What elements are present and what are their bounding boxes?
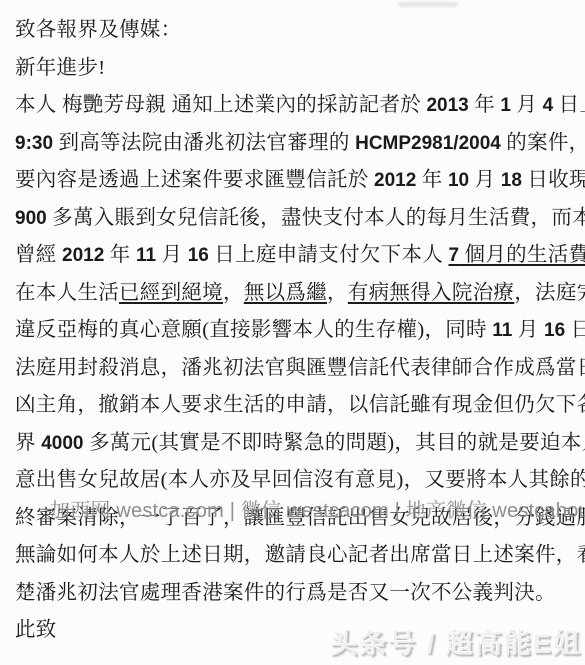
text-segment: 要內容是透過上述案件要求匯豐信託於 xyxy=(15,169,374,191)
text-line: 楚潘兆初法官處理香港案件的行爲是否又一次不公義判決。 xyxy=(15,575,579,613)
text-line: 違反亞梅的真心意願(直接影響本人的生存權)，同時 11 月 16 日當日 xyxy=(15,312,579,350)
text-segment: 新年進步! xyxy=(15,57,105,79)
toutiao-account-watermark: 头条号 / 超高能E姐 xyxy=(330,622,582,661)
text-segment: 10 xyxy=(448,170,469,191)
site-watermark-banner: 加西网 westca.com | 微信 westcacom | 地产微信 wes… xyxy=(50,494,585,523)
text-segment: 年 xyxy=(469,94,501,116)
text-segment: ， xyxy=(327,282,348,304)
text-segment: 致各報界及傳媒： xyxy=(15,19,181,41)
text-segment: 意出售女兒故居(本人亦及早回信沒有意見)，又要將本人其餘的上訴 xyxy=(15,469,585,491)
text-segment: 1 xyxy=(500,95,511,116)
text-segment: 4000 xyxy=(41,433,83,454)
text-line: 9:30 到高等法院由潘兆初法官審理的 HCMP2981/2004 的案件，其主 xyxy=(15,125,579,163)
text-segment: 日收現金 xyxy=(522,169,585,191)
text-segment: ，法庭完全 xyxy=(514,282,585,304)
text-segment: 日當日 xyxy=(565,319,585,341)
text-segment: 日上庭申請支付欠下本人 xyxy=(209,244,449,266)
text-segment: 7 xyxy=(449,245,460,266)
text-segment: 月 xyxy=(512,319,544,341)
text-segment: 11 xyxy=(136,245,156,266)
text-segment: 日上午 xyxy=(553,94,585,116)
text-segment: 16 xyxy=(188,245,209,266)
text-segment: 2013 xyxy=(426,95,468,116)
text-segment: 4 xyxy=(543,95,554,116)
text-segment: 到高等法院由潘兆初法官審理的 xyxy=(53,132,355,154)
text-segment: 年 xyxy=(104,244,136,266)
text-segment: 9:30 xyxy=(15,133,53,154)
text-line: 無論如何本人於上述日期，邀請良心記者出席當日上述案件，看清 xyxy=(15,537,579,575)
text-segment: 多萬入賬到女兒信託後，盡快支付本人的每月生活費，而本人 xyxy=(47,207,585,229)
text-segment: 此致 xyxy=(15,619,57,641)
text-segment: 年 xyxy=(416,169,448,191)
text-segment: ， xyxy=(223,282,244,304)
text-segment: 法庭用封殺消息，潘兆初法官與匯豐信託代表律師合作成爲當日幫 xyxy=(15,357,585,379)
text-segment: 2012 xyxy=(62,245,104,266)
text-line: 在本人生活已經到絕境，無以爲繼，有病無得入院治療，法庭完全 xyxy=(15,275,579,313)
text-segment: 18 xyxy=(501,170,522,191)
text-segment: 無論如何本人於上述日期，邀請良心記者出席當日上述案件，看清 xyxy=(15,544,585,566)
text-segment: 的案件，其主 xyxy=(501,132,585,154)
text-segment: HCMP2981/2004 xyxy=(355,133,501,154)
text-segment: 2012 xyxy=(374,170,416,191)
text-segment: 在本人生活 xyxy=(15,282,119,304)
text-segment: 界 xyxy=(15,432,41,454)
text-line: 本人 梅艷芳母親 通知上述業內的採訪記者於 2013 年 1 月 4 日上午 xyxy=(15,87,579,125)
letter-document: 致各報界及傳媒：新年進步!本人 梅艷芳母親 通知上述業內的採訪記者於 2013 … xyxy=(15,12,579,650)
text-segment: 月 xyxy=(469,169,501,191)
text-line: 900 多萬入賬到女兒信託後，盡快支付本人的每月生活費，而本人 xyxy=(15,200,579,238)
text-segment: 月 xyxy=(156,244,188,266)
text-segment: 本人 梅艷芳母親 通知上述業內的採訪記者於 xyxy=(15,94,426,116)
text-segment: 有病無得入院治療 xyxy=(348,282,514,304)
text-line: 要內容是透過上述案件要求匯豐信託於 2012 年 10 月 18 日收現金 xyxy=(15,162,579,200)
text-segment: 曾經 xyxy=(15,244,62,266)
scan-artifact-smudge xyxy=(398,2,458,7)
text-segment: 個月的生活費 xyxy=(459,244,585,266)
text-line: 界 4000 多萬元(其實是不即時緊急的問題)，其目的就是要迫本人同 xyxy=(15,425,579,463)
text-segment: 凶主角，撤銷本人要求生活的申請，以信託雖有現金但仍欠下各業 xyxy=(15,394,585,416)
text-segment: 11 xyxy=(492,320,512,341)
text-segment: 違反亞梅的真心意願(直接影響本人的生存權)，同時 xyxy=(15,319,492,341)
text-line: 凶主角，撤銷本人要求生活的申請，以信託雖有現金但仍欠下各業 xyxy=(15,387,579,425)
text-segment: 多萬元(其實是不即時緊急的問題)，其目的就是要迫本人同 xyxy=(84,432,585,454)
text-segment: 無以爲繼 xyxy=(244,282,327,304)
text-segment: 900 xyxy=(15,208,47,229)
text-segment: 16 xyxy=(544,320,565,341)
text-line: 致各報界及傳媒： xyxy=(15,12,579,50)
text-line: 法庭用封殺消息，潘兆初法官與匯豐信託代表律師合作成爲當日幫 xyxy=(15,350,579,388)
text-segment: 楚潘兆初法官處理香港案件的行爲是否又一次不公義判決。 xyxy=(15,582,556,604)
text-segment: 已經到絕境 xyxy=(119,282,223,304)
text-line: 新年進步! xyxy=(15,50,579,88)
text-line: 曾經 2012 年 11 月 16 日上庭申請支付欠下本人 7 個月的生活費，現 xyxy=(15,237,579,275)
text-segment: 月 xyxy=(511,94,543,116)
